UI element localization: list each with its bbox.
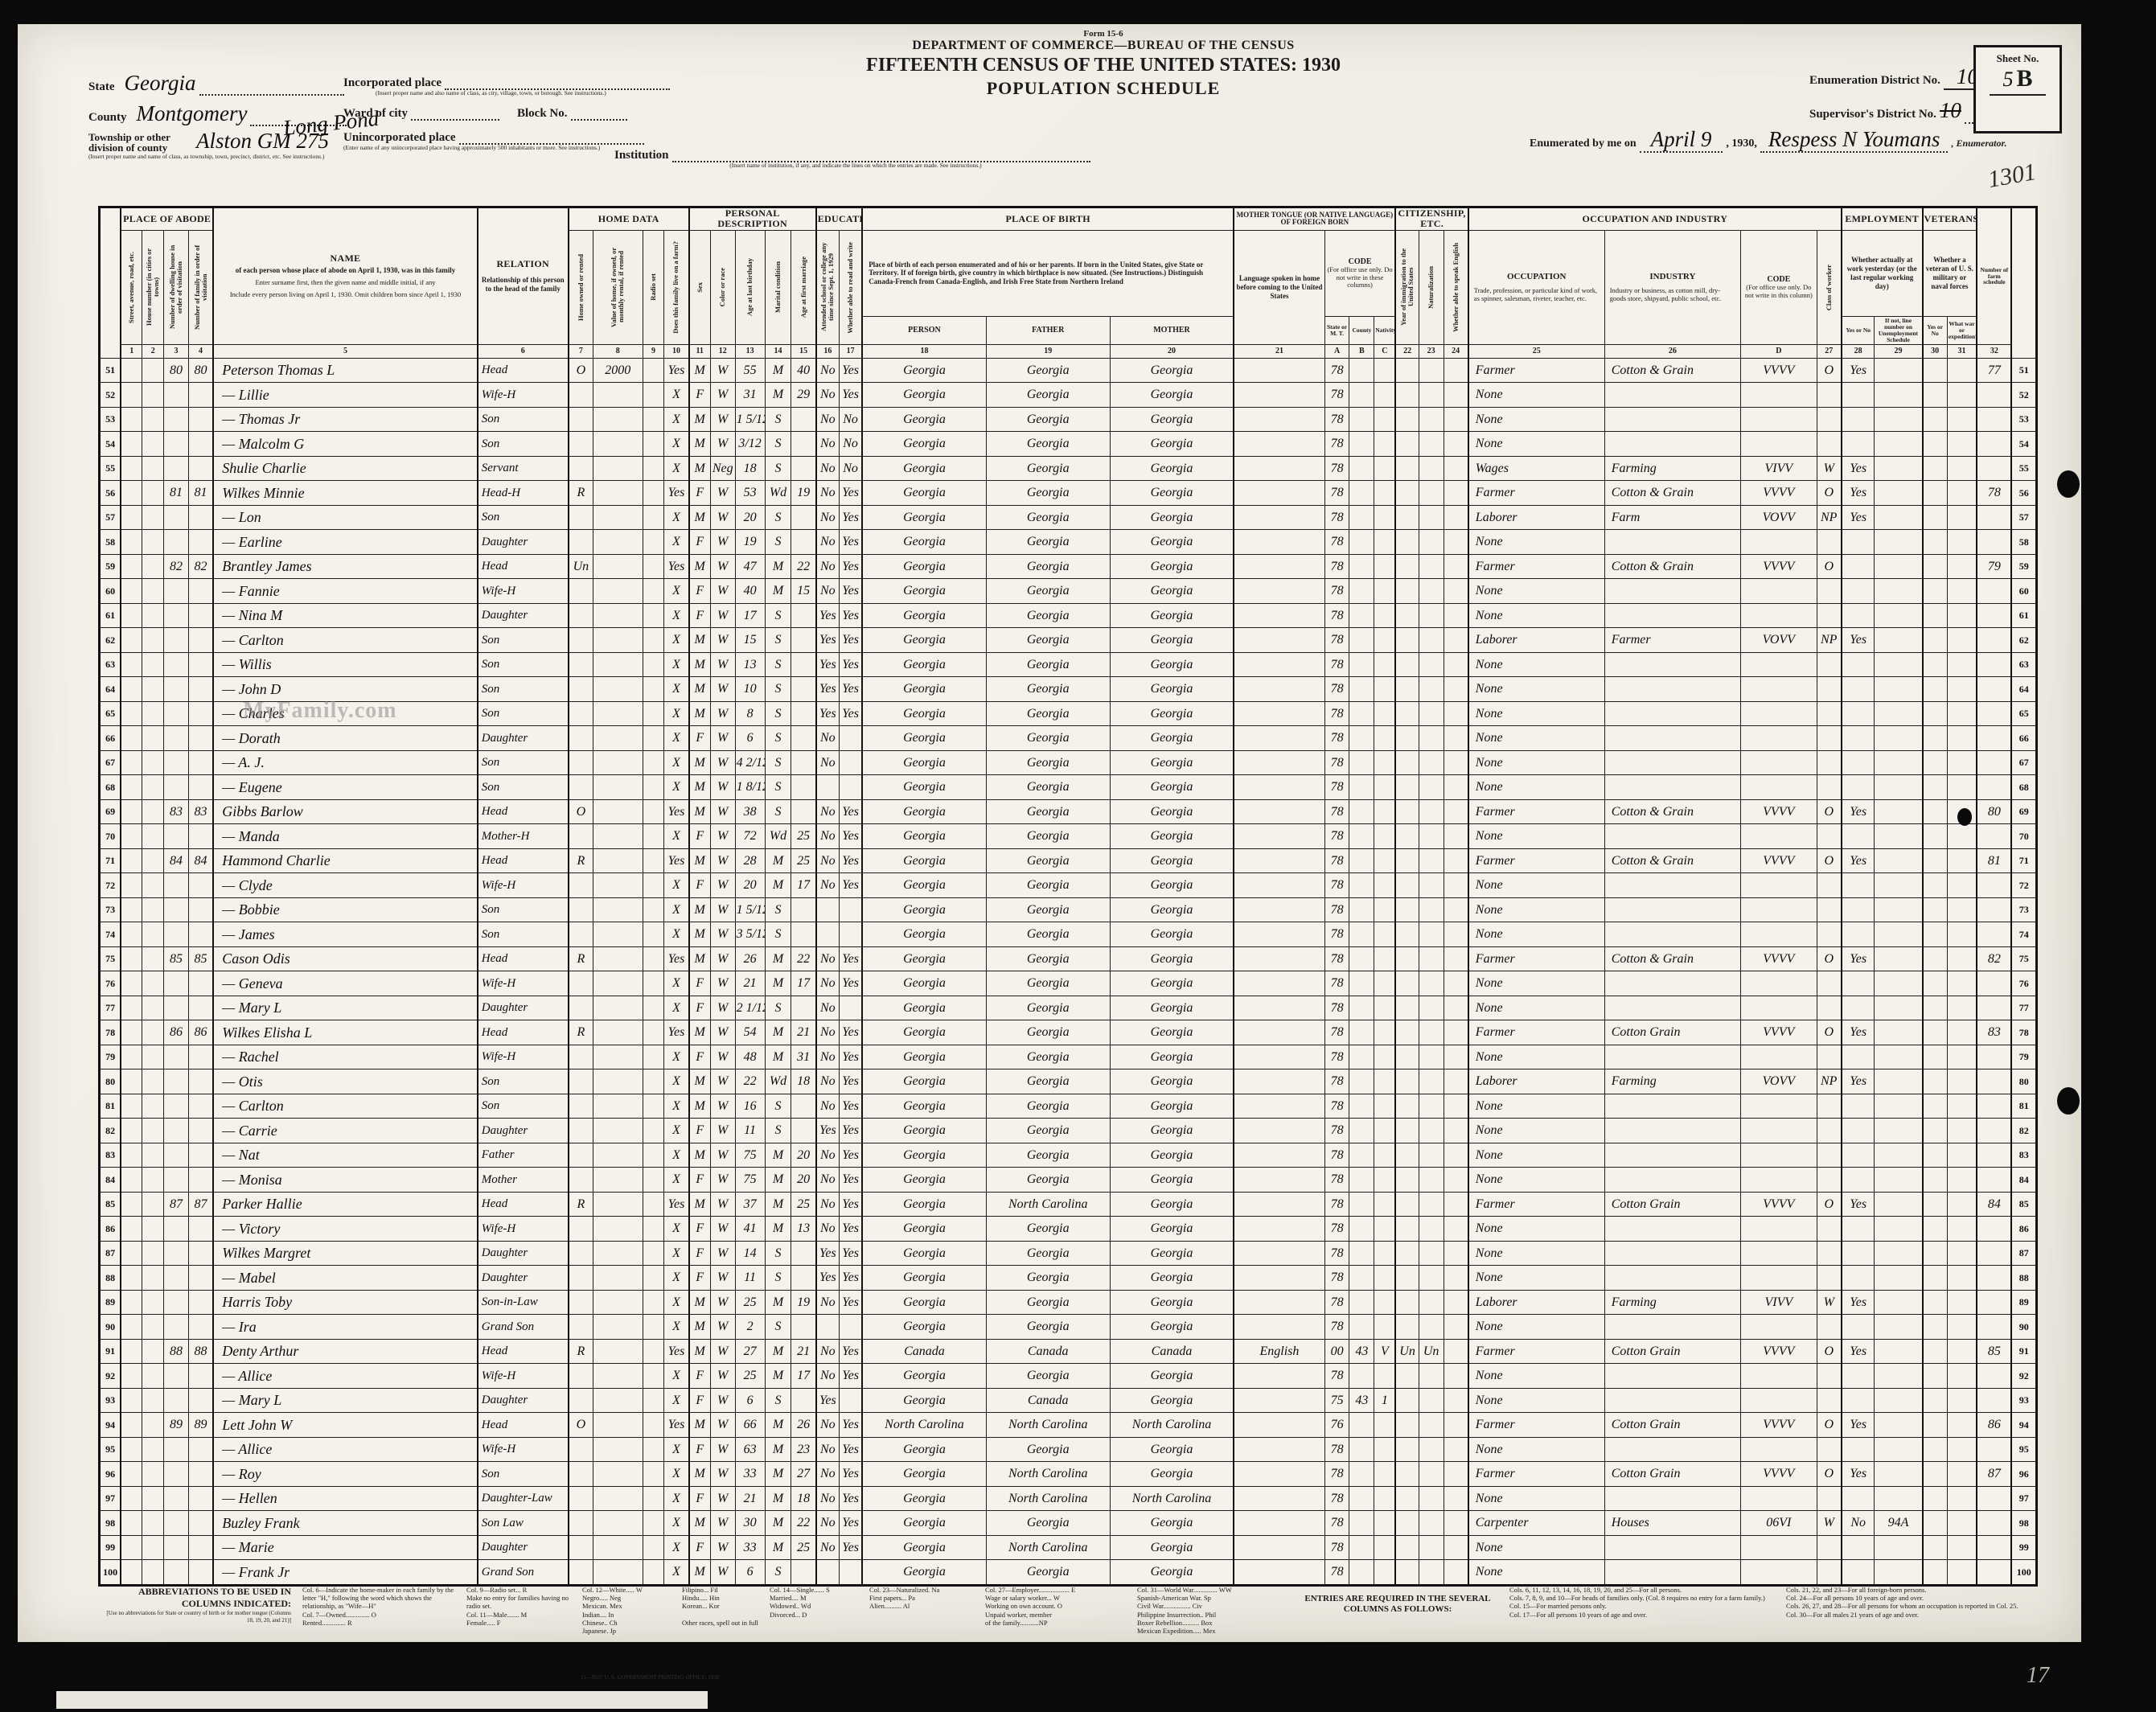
- enumerated-year: , 1930,: [1726, 138, 1757, 150]
- cell: [1923, 481, 1948, 506]
- cell: [121, 652, 142, 677]
- cell: 78: [1324, 750, 1349, 775]
- cell: W: [710, 1462, 735, 1487]
- cell: 78: [1324, 1266, 1349, 1291]
- cell: [121, 750, 142, 775]
- cell: [1923, 897, 1948, 922]
- cell: Yes: [839, 1020, 862, 1045]
- cell: W: [710, 1511, 735, 1536]
- cell: [1923, 996, 1948, 1020]
- cell: Georgia: [1110, 554, 1234, 579]
- cell: VVVV: [1741, 1192, 1817, 1217]
- cell: 78: [1324, 1045, 1349, 1069]
- cell: Georgia: [986, 750, 1110, 775]
- cell: W: [710, 579, 735, 604]
- cell: [1923, 848, 1948, 873]
- cell: W: [710, 922, 735, 947]
- cell: Yes: [1842, 1020, 1875, 1045]
- cell: [121, 1511, 142, 1536]
- cell: Head: [478, 1413, 569, 1438]
- cell: [1395, 1535, 1419, 1560]
- cell: None: [1468, 432, 1604, 457]
- page-stamp: 1301: [1986, 158, 2039, 194]
- table-row: 82— CarrieDaughterXFW11SYesYesGeorgiaGeo…: [100, 1119, 2037, 1143]
- cell: Georgia: [1110, 1560, 1234, 1586]
- cell: Yes: [839, 1168, 862, 1193]
- cell: [1923, 1168, 1948, 1193]
- cell: 37: [735, 1192, 765, 1217]
- cell: Georgia: [1110, 407, 1234, 432]
- cell: M: [689, 554, 711, 579]
- cell: [569, 603, 593, 628]
- cell: Yes: [839, 603, 862, 628]
- cell: [569, 1315, 593, 1340]
- line-number: 66: [2011, 726, 2036, 751]
- cell: [1419, 407, 1443, 432]
- cell: [121, 358, 142, 383]
- cell: [1374, 530, 1396, 555]
- cell: [1741, 1143, 1817, 1168]
- cell: [643, 1143, 664, 1168]
- line-number: 99: [2011, 1535, 2036, 1560]
- cell: [1741, 873, 1817, 898]
- line-number: 88: [100, 1266, 121, 1291]
- cell: [1443, 922, 1468, 947]
- cell: Georgia: [862, 1168, 986, 1193]
- cell: Yes: [839, 554, 862, 579]
- cell: [1604, 701, 1740, 726]
- cell: [1875, 1069, 1923, 1094]
- cell: 31: [735, 383, 765, 408]
- cell: [188, 407, 213, 432]
- cell: [1741, 701, 1817, 726]
- cell: Denty Arthur: [213, 1339, 478, 1364]
- cell: [1419, 1020, 1443, 1045]
- cell: 3 5/12: [735, 922, 765, 947]
- cell: — Manda: [213, 824, 478, 849]
- cell: [1741, 1241, 1817, 1266]
- cell: 6: [735, 726, 765, 751]
- cell: Son: [478, 922, 569, 947]
- cell: [1875, 701, 1923, 726]
- cell: Cotton Grain: [1604, 1462, 1740, 1487]
- cell: [1395, 579, 1419, 604]
- cell: [1842, 922, 1875, 947]
- census-title: FIFTEENTH CENSUS OF THE UNITED STATES: 1…: [741, 55, 1465, 76]
- cell: [1395, 873, 1419, 898]
- cell: Georgia: [1110, 1241, 1234, 1266]
- cell: [1604, 432, 1740, 457]
- cell: [1234, 603, 1324, 628]
- cell: 18: [735, 456, 765, 481]
- cell: [142, 481, 164, 506]
- cell: Cotton Grain: [1604, 1192, 1740, 1217]
- cell: 47: [735, 554, 765, 579]
- cell: Wife-H: [478, 1217, 569, 1242]
- cell: Georgia: [862, 848, 986, 873]
- cell: M: [689, 848, 711, 873]
- cell: M: [765, 1486, 791, 1511]
- cell: 22: [735, 1069, 765, 1094]
- cell: [1923, 750, 1948, 775]
- cell: Georgia: [1110, 1069, 1234, 1094]
- cell: [643, 1511, 664, 1536]
- cell: Canada: [986, 1339, 1110, 1364]
- cell: 38: [735, 799, 765, 824]
- cell: [142, 824, 164, 849]
- cell: Daughter: [478, 1388, 569, 1413]
- cell: Georgia: [862, 1143, 986, 1168]
- cell: VVVV: [1741, 848, 1817, 873]
- cell: 78: [1324, 996, 1349, 1020]
- cell: S: [765, 1241, 791, 1266]
- cell: [1923, 1192, 1948, 1217]
- cell: M: [689, 750, 711, 775]
- cell: 13: [735, 652, 765, 677]
- cell: 84: [164, 848, 189, 873]
- cell: [1443, 775, 1468, 800]
- cell: Georgia: [1110, 873, 1234, 898]
- cell: [1923, 1241, 1948, 1266]
- cell: [569, 505, 593, 530]
- cell: [593, 1217, 643, 1242]
- col-header: Age at first marriage: [791, 230, 816, 344]
- cell: [1349, 1437, 1374, 1462]
- cell: [1741, 530, 1817, 555]
- cell: [142, 1045, 164, 1069]
- cell: [643, 1339, 664, 1364]
- cell: 25: [791, 1535, 816, 1560]
- cell: Yes: [839, 848, 862, 873]
- cell: [142, 775, 164, 800]
- cell: [142, 1560, 164, 1586]
- cell: [1817, 1217, 1842, 1242]
- department-title: DEPARTMENT OF COMMERCE—BUREAU OF THE CEN…: [741, 39, 1465, 53]
- cell: [1977, 726, 2011, 751]
- cell: [188, 432, 213, 457]
- cell: [1741, 1535, 1817, 1560]
- cell: 94A: [1875, 1511, 1923, 1536]
- line-number: 77: [100, 996, 121, 1020]
- col-header: Naturalization: [1419, 230, 1443, 344]
- cell: [188, 1241, 213, 1266]
- cell: M: [765, 848, 791, 873]
- cell: [593, 996, 643, 1020]
- cell: [569, 1168, 593, 1193]
- line-number: 86: [2011, 1217, 2036, 1242]
- cell: [593, 799, 643, 824]
- cell: [1923, 1413, 1948, 1438]
- cell: Georgia: [1110, 1192, 1234, 1217]
- cell: Georgia: [1110, 1388, 1234, 1413]
- cell: Son: [478, 750, 569, 775]
- cell: [1842, 1437, 1875, 1462]
- line-number: 85: [2011, 1192, 2036, 1217]
- cell: 21: [735, 1486, 765, 1511]
- cell: 66: [735, 1413, 765, 1438]
- cell: Georgia: [986, 1143, 1110, 1168]
- cell: — Carlton: [213, 628, 478, 653]
- cell: 28: [735, 848, 765, 873]
- cell: Yes: [839, 971, 862, 996]
- cell: S: [765, 603, 791, 628]
- cell: [791, 677, 816, 702]
- cell: [1842, 579, 1875, 604]
- cell: None: [1468, 1266, 1604, 1291]
- cell: Head: [478, 799, 569, 824]
- cell: [643, 1437, 664, 1462]
- table-row: 93— Mary LDaughterXFW6SYesGeorgiaCanadaG…: [100, 1388, 2037, 1413]
- cell: [593, 1486, 643, 1511]
- cell: 33: [735, 1462, 765, 1487]
- cell: 78: [1324, 1217, 1349, 1242]
- cell: Georgia: [1110, 505, 1234, 530]
- state-field: State Georgia: [88, 71, 344, 96]
- cell: [1741, 432, 1817, 457]
- cell: [1374, 1119, 1396, 1143]
- cell: Farmer: [1468, 1192, 1604, 1217]
- cell: W: [1817, 1290, 1842, 1315]
- cell: 78: [1977, 481, 2011, 506]
- cell: [1923, 946, 1948, 971]
- cell: Head: [478, 358, 569, 383]
- cell: W: [710, 1192, 735, 1217]
- cell: [1947, 1290, 1977, 1315]
- cell: [121, 1437, 142, 1462]
- cell: [593, 407, 643, 432]
- line-number: 86: [100, 1217, 121, 1242]
- cell: [188, 1266, 213, 1291]
- cell: X: [664, 505, 689, 530]
- cell: 31: [791, 1045, 816, 1069]
- cell: [1741, 579, 1817, 604]
- cell: [569, 726, 593, 751]
- cell: [164, 579, 189, 604]
- cell: [1395, 1364, 1419, 1389]
- cell: None: [1468, 824, 1604, 849]
- table-row: 98Buzley FrankSon LawXMW30M22NoYesGeorgi…: [100, 1511, 2037, 1536]
- line-number: 88: [2011, 1266, 2036, 1291]
- cell: No: [816, 848, 840, 873]
- column-number: 27: [1817, 344, 1842, 358]
- cell: [1923, 922, 1948, 947]
- line-number: 60: [2011, 579, 2036, 604]
- col-header-person: PERSON: [862, 316, 986, 344]
- cell: M: [689, 1511, 711, 1536]
- cell: [121, 554, 142, 579]
- cell: [593, 1560, 643, 1586]
- cell: Yes: [816, 701, 840, 726]
- cell: [1374, 1486, 1396, 1511]
- cell: Laborer: [1468, 1290, 1604, 1315]
- cell: [1234, 1535, 1324, 1560]
- cell: [1923, 873, 1948, 898]
- group-relation: RELATION Relationship of this person to …: [478, 207, 569, 345]
- cell: [1395, 848, 1419, 873]
- cell: [1349, 1020, 1374, 1045]
- cell: [1741, 1217, 1817, 1242]
- cell: [1419, 603, 1443, 628]
- cell: [1604, 873, 1740, 898]
- cell: [643, 1094, 664, 1119]
- cell: Head: [478, 1020, 569, 1045]
- line-number: 93: [2011, 1388, 2036, 1413]
- cell: — Eugene: [213, 775, 478, 800]
- cell: [1349, 726, 1374, 751]
- population-schedule-table: PLACE OF ABODE NAME of each person whose…: [98, 206, 2038, 1587]
- cell: [142, 1069, 164, 1094]
- cell: [1349, 971, 1374, 996]
- cell: M: [765, 358, 791, 383]
- line-number: 81: [100, 1094, 121, 1119]
- cell: [1234, 1462, 1324, 1487]
- ward-field: Ward of city Block No.: [343, 105, 627, 121]
- cell: Georgia: [862, 1486, 986, 1511]
- cell: No: [816, 1462, 840, 1487]
- cell: [593, 603, 643, 628]
- cell: Georgia: [862, 456, 986, 481]
- cell: VVVV: [1741, 799, 1817, 824]
- cell: [1349, 554, 1374, 579]
- col-header: Street, avenue, road, etc.: [121, 230, 142, 344]
- cell: W: [710, 946, 735, 971]
- cell: [121, 775, 142, 800]
- cell: [1977, 750, 2011, 775]
- cell: [1947, 848, 1977, 873]
- cell: No: [816, 1020, 840, 1045]
- cell: [1842, 652, 1875, 677]
- cell: 21: [791, 1020, 816, 1045]
- cell: [1443, 432, 1468, 457]
- cell: [593, 579, 643, 604]
- cell: Wife-H: [478, 579, 569, 604]
- cell: Georgia: [1110, 971, 1234, 996]
- cell: Un: [569, 554, 593, 579]
- cell: [1374, 1437, 1396, 1462]
- cell: X: [664, 383, 689, 408]
- cell: O: [569, 358, 593, 383]
- cell: Servant: [478, 456, 569, 481]
- cell: [121, 726, 142, 751]
- cell: [121, 603, 142, 628]
- cell: Georgia: [986, 1069, 1110, 1094]
- cell: [1419, 1290, 1443, 1315]
- cell: No: [816, 1290, 840, 1315]
- cell: [1349, 848, 1374, 873]
- cell: [188, 1388, 213, 1413]
- cell: Yes: [816, 1388, 840, 1413]
- cell: Farmer: [1604, 628, 1740, 653]
- cell: Georgia: [1110, 1437, 1234, 1462]
- cell: [1741, 677, 1817, 702]
- cell: None: [1468, 1119, 1604, 1143]
- cell: [1234, 1290, 1324, 1315]
- cell: [1604, 1168, 1740, 1193]
- cell: [1817, 1535, 1842, 1560]
- cell: [1741, 1315, 1817, 1340]
- cell: 43: [1349, 1339, 1374, 1364]
- cell: [1977, 1535, 2011, 1560]
- cell: [1875, 1192, 1923, 1217]
- cell: 25: [735, 1364, 765, 1389]
- cell: 17: [791, 873, 816, 898]
- table-row: 52— LillieWife-HXFW31M29NoYesGeorgiaGeor…: [100, 383, 2037, 408]
- cell: [142, 1168, 164, 1193]
- cell: [142, 897, 164, 922]
- cell: [1604, 1486, 1740, 1511]
- cell: Farmer: [1468, 848, 1604, 873]
- footer-col9: Col. 9—Radio set... R Make no entry for …: [466, 1586, 571, 1635]
- cell: [188, 603, 213, 628]
- cell: [188, 1168, 213, 1193]
- cell: [569, 1364, 593, 1389]
- line-number: 98: [2011, 1511, 2036, 1536]
- cell: [142, 530, 164, 555]
- line-number: 84: [100, 1168, 121, 1193]
- cell: North Carolina: [986, 1535, 1110, 1560]
- cell: [1443, 750, 1468, 775]
- cell: [1395, 1437, 1419, 1462]
- cell: [593, 897, 643, 922]
- cell: X: [664, 1217, 689, 1242]
- cell: Yes: [839, 1094, 862, 1119]
- cell: [839, 1315, 862, 1340]
- cell: Georgia: [986, 432, 1110, 457]
- cell: Yes: [1842, 481, 1875, 506]
- line-number: 82: [100, 1119, 121, 1143]
- cell: [1604, 530, 1740, 555]
- cell: X: [664, 1290, 689, 1315]
- cell: Head: [478, 1339, 569, 1364]
- cell: [1947, 1266, 1977, 1291]
- cell: X: [664, 1143, 689, 1168]
- cell: 15: [735, 628, 765, 653]
- cell: 40: [735, 579, 765, 604]
- cell: [164, 971, 189, 996]
- cell: [1875, 603, 1923, 628]
- cell: [1234, 1069, 1324, 1094]
- cell: [569, 1290, 593, 1315]
- cell: Daughter: [478, 996, 569, 1020]
- cell: [1395, 1192, 1419, 1217]
- cell: Georgia: [1110, 1168, 1234, 1193]
- cell: — Dorath: [213, 726, 478, 751]
- cell: 78: [1324, 1094, 1349, 1119]
- cell: [643, 1241, 664, 1266]
- column-number: 18: [862, 344, 986, 358]
- table-row: 62— CarltonSonXMW15SYesYesGeorgiaGeorgia…: [100, 628, 2037, 653]
- cell: Carpenter: [1468, 1511, 1604, 1536]
- cell: [593, 971, 643, 996]
- cell: Yes: [664, 554, 689, 579]
- cell: [1875, 897, 1923, 922]
- cell: [1947, 946, 1977, 971]
- cell: W: [710, 824, 735, 849]
- cell: [1923, 1217, 1948, 1242]
- cell: [1443, 456, 1468, 481]
- cell: [1875, 824, 1923, 849]
- cell: 88: [188, 1339, 213, 1364]
- line-number: 51: [100, 358, 121, 383]
- cell: North Carolina: [986, 1486, 1110, 1511]
- cell: Georgia: [862, 1241, 986, 1266]
- cell: [1419, 530, 1443, 555]
- table-row: 61— Nina MDaughterXFW17SYesYesGeorgiaGeo…: [100, 603, 2037, 628]
- cell: [1947, 1192, 1977, 1217]
- col-header-code-a: State or M. T.: [1324, 316, 1349, 344]
- cell: [188, 456, 213, 481]
- cell: Georgia: [1110, 1045, 1234, 1069]
